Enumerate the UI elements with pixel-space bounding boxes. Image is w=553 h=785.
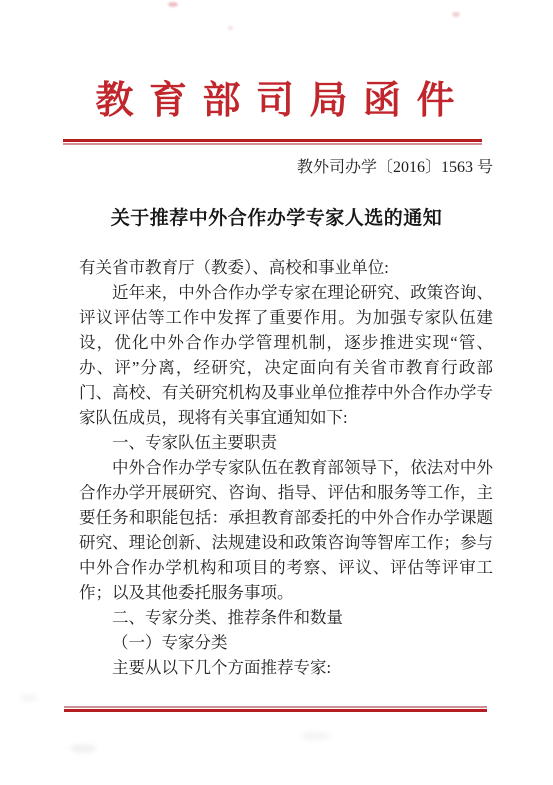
red-rule-bottom (64, 706, 487, 712)
paragraph-duties: 中外合作办学专家队伍在教育部领导下，依法对中外合作办学开展研究、咨询、指导、评估… (79, 455, 493, 605)
section-heading-2: 二、专家分类、推荐条件和数量 (79, 605, 493, 630)
paragraph-intro: 近年来，中外合作办学专家在理论研究、政策咨询、评议评估等工作中发挥了重要作用。为… (79, 280, 493, 430)
notice-body: 有关省市教育厅（教委）、高校和事业单位: 近年来，中外合作办学专家在理论研究、政… (79, 255, 493, 680)
salutation: 有关省市教育厅（教委）、高校和事业单位: (79, 255, 493, 280)
scan-smudge (300, 732, 330, 740)
red-rule-top (63, 139, 482, 145)
scan-speck (452, 12, 460, 17)
red-rule-top-thin-line (63, 143, 482, 145)
paragraph-recommend-intro: 主要从以下几个方面推荐专家: (79, 655, 493, 680)
scan-speck (168, 2, 178, 7)
subsection-heading-classification: （一）专家分类 (79, 630, 493, 655)
document-number: 教外司办学〔2016〕1563 号 (79, 157, 493, 179)
notice-title: 关于推荐中外合作办学专家人选的通知 (0, 204, 553, 234)
scan-speck (228, 26, 233, 30)
document-page: 教 育 部 司 局 函 件 教外司办学〔2016〕1563 号 关于推荐中外合作… (0, 0, 553, 785)
red-rule-bottom-thick-line (64, 709, 487, 712)
scan-smudge (70, 744, 96, 753)
section-heading-1: 一、专家队伍主要职责 (79, 430, 493, 455)
letterhead-title: 教 育 部 司 局 函 件 (0, 78, 553, 124)
scan-smudge (20, 694, 38, 702)
